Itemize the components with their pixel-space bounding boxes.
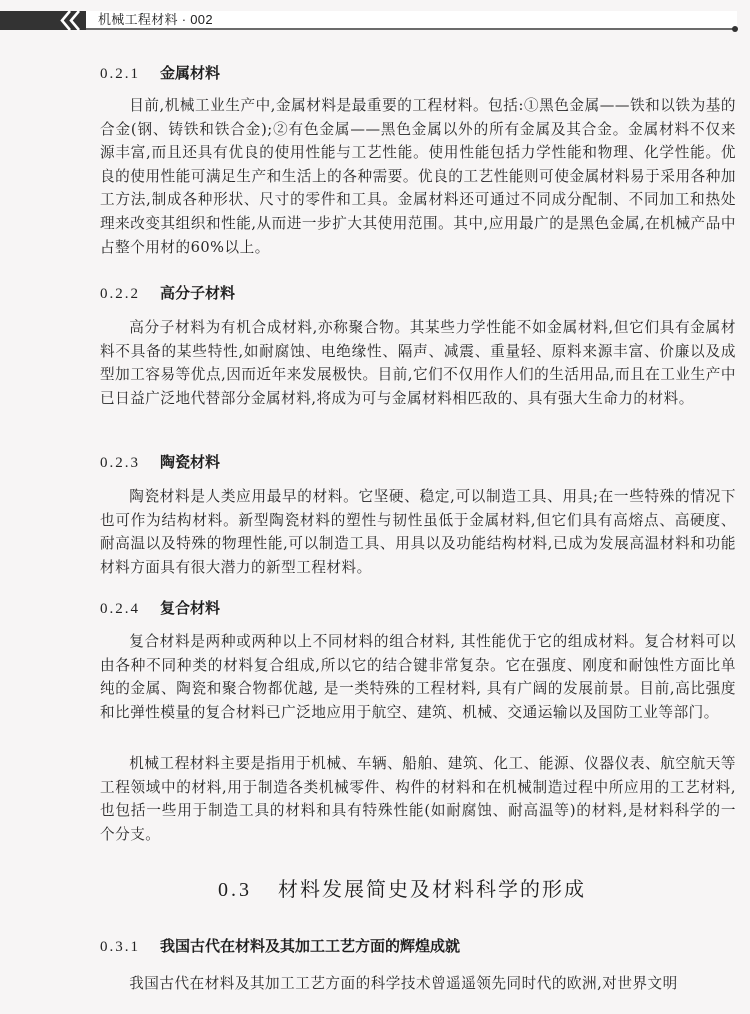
section-title: 复合材料 <box>160 599 220 617</box>
section-heading-0-2-2: 0.2.2高分子材料 <box>100 283 235 304</box>
section-title: 陶瓷材料 <box>160 453 220 471</box>
section-heading-0-2-1: 0.2.1金属材料 <box>100 63 220 84</box>
double-chevron-left-icon <box>58 10 82 31</box>
section-number: 0.2.2 <box>100 284 160 304</box>
running-header: 机械工程材料 · 002 <box>0 10 750 32</box>
section-number: 0.3.1 <box>100 937 160 957</box>
paragraph-ancient-achievements: 我国古代在材料及其加工工艺方面的科学技术曾遥遥领先同时代的欧洲,对世界文明 <box>100 972 736 996</box>
section-title: 高分子材料 <box>160 284 235 302</box>
paragraph-polymer-materials: 高分子材料为有机合成材料,亦称聚合物。其某些力学性能不如金属材料,但它们具有金属… <box>100 316 736 410</box>
section-number: 0.2.3 <box>100 453 160 473</box>
section-heading-0-2-4: 0.2.4复合材料 <box>100 598 220 619</box>
running-header-title: 机械工程材料 · 002 <box>98 11 213 29</box>
section-number: 0.2.1 <box>100 64 160 84</box>
section-title: 金属材料 <box>160 64 220 82</box>
chapter-number: 0.3 <box>218 879 252 901</box>
header-rule <box>86 28 736 30</box>
section-heading-0-2-3: 0.2.3陶瓷材料 <box>100 452 220 473</box>
section-heading-0-3-1: 0.3.1我国古代在材料及其加工工艺方面的辉煌成就 <box>100 936 460 957</box>
header-rule-end-dot <box>732 26 738 32</box>
section-title: 我国古代在材料及其加工工艺方面的辉煌成就 <box>160 937 460 955</box>
chapter-heading-0-3: 0.3材料发展简史及材料科学的形成 <box>218 876 586 903</box>
paragraph-metal-materials: 目前,机械工业生产中,金属材料是最重要的工程材料。包括:①黑色金属——铁和以铁为… <box>100 94 736 259</box>
chapter-title: 材料发展简史及材料科学的形成 <box>278 877 586 901</box>
section-number: 0.2.4 <box>100 599 160 619</box>
paragraph-mechanical-engineering-materials: 机械工程材料主要是指用于机械、车辆、船舶、建筑、化工、能源、仪器仪表、航空航天等… <box>100 752 736 846</box>
paragraph-composite-materials: 复合材料是两种或两种以上不同材料的组合材料, 其性能优于它的组成材料。复合材料可… <box>100 630 736 724</box>
paragraph-ceramic-materials: 陶瓷材料是人类应用最早的材料。它坚硬、稳定,可以制造工具、用具;在一些特殊的情况… <box>100 485 736 579</box>
